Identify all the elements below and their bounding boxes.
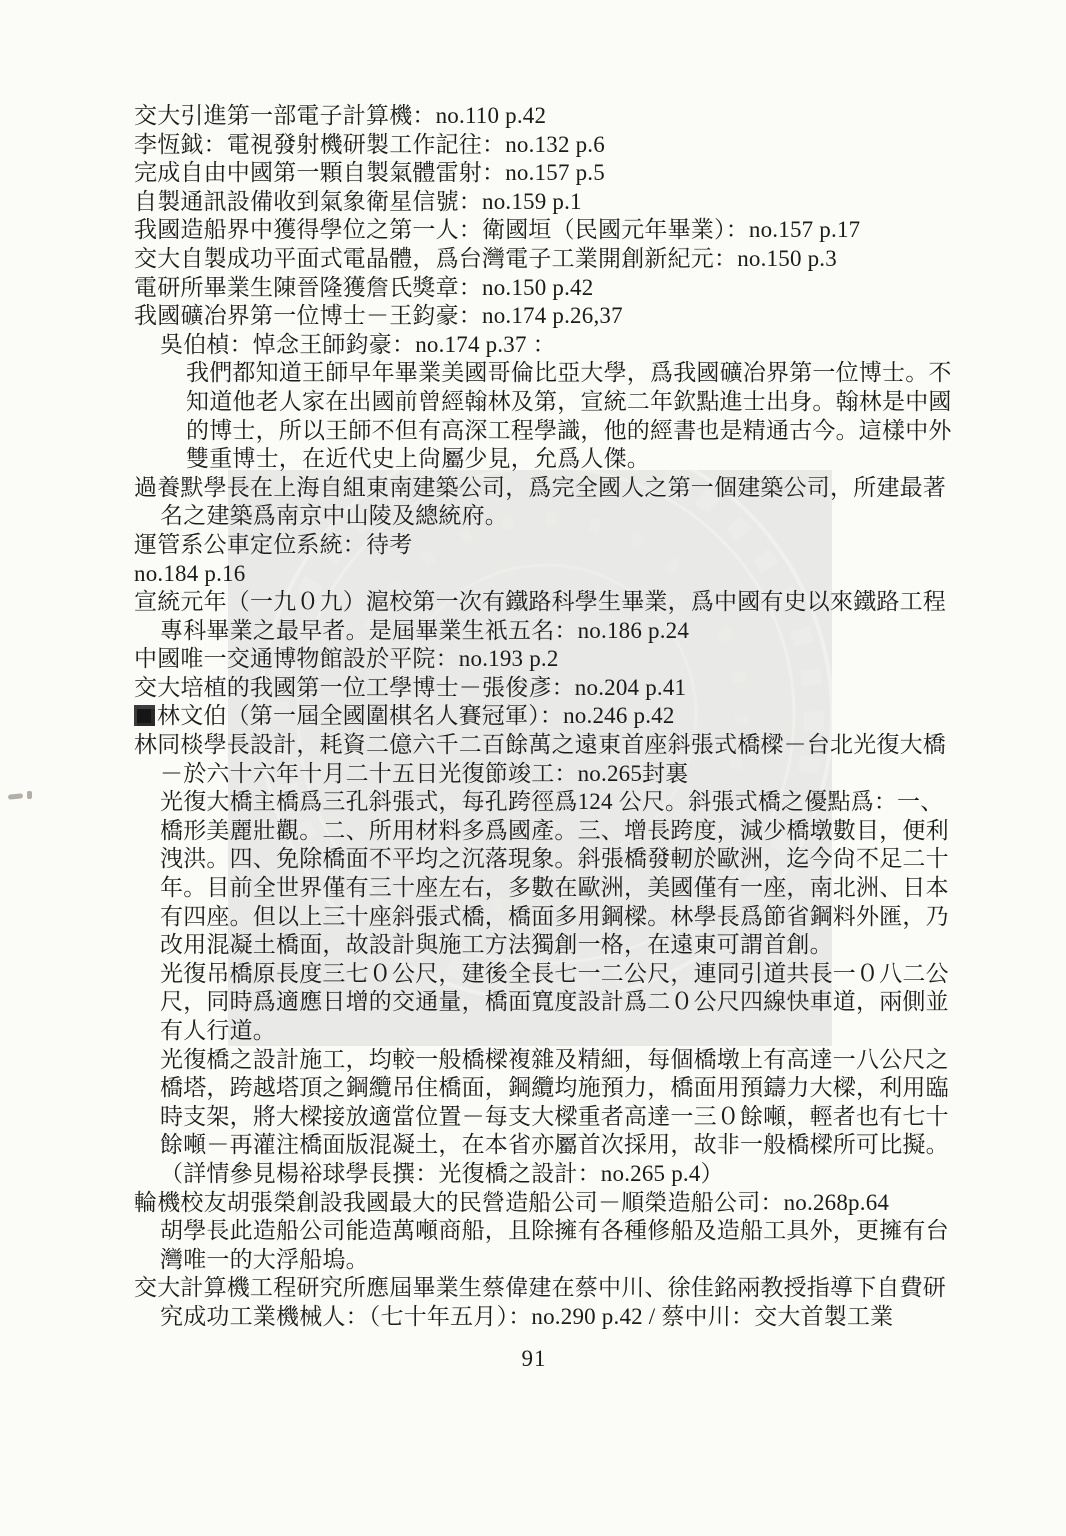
- text-line-content: 林文伯（第一屆全國圍棋名人賽冠軍）：no.246 p.42: [157, 703, 675, 728]
- text-line: 光復吊橋原長度三七０公尺，建後全長七一二公尺，連同引道共長一０八二公: [134, 960, 994, 989]
- text-line-content: 完成自由中國第一顆自製氣體雷射：no.157 p.5: [134, 160, 605, 185]
- text-line-content: （詳情參見楊裕球學長撰：光復橋之設計：no.265 p.4）: [160, 1161, 724, 1186]
- text-line: 林同棪學長設計，耗資二億六千二百餘萬之遠東首座斜張式橋樑－台北光復大橋: [134, 731, 994, 760]
- text-line-content: 林同棪學長設計，耗資二億六千二百餘萬之遠東首座斜張式橋樑－台北光復大橋: [134, 732, 946, 757]
- text-line: 交大自製成功平面式電晶體，爲台灣電子工業開創新紀元：no.150 p.3: [134, 245, 994, 274]
- text-line-content: 運管系公車定位系統：待考: [134, 532, 412, 557]
- text-line-content: 光復大橋主橋爲三孔斜張式，每孔跨徑爲124 公尺。斜張式橋之優點爲：一、: [160, 789, 943, 814]
- text-line-content: 餘噸－再灌注橋面版混凝土，在本省亦屬首次採用，故非一般橋樑所可比擬。: [160, 1132, 949, 1157]
- text-line-content: 洩洪。四、免除橋面不平均之沉落現象。斜張橋發軔於歐洲，迄今尙不足二十: [160, 846, 949, 871]
- text-line: 年。目前全世界僅有三十座左右，多數在歐洲，美國僅有一座，南北洲、日本: [134, 874, 994, 903]
- text-line-content: 交大計算機工程研究所應屆畢業生蔡偉建在蔡中川、徐佳銘兩教授指導下自費研: [134, 1275, 946, 1300]
- text-line: 尺，同時爲適應日增的交通量，橋面寬度設計爲二０公尺四線快車道，兩側並: [134, 988, 994, 1017]
- page-number: 91: [134, 1346, 934, 1372]
- text-line: no.184 p.16: [134, 560, 994, 589]
- text-line-content: no.184 p.16: [134, 561, 245, 586]
- text-line-content: 胡學長此造船公司能造萬噸商船，且除擁有各種修船及造船工具外，更擁有台: [160, 1218, 949, 1243]
- text-line-content: 光復橋之設計施工，均較一般橋樑複雜及精細，每個橋墩上有高達一八公尺之: [160, 1047, 949, 1072]
- text-line: 宣統元年（一九０九）滬校第一次有鐵路科學生畢業，爲中國有史以來鐵路工程: [134, 588, 994, 617]
- document-text: 交大引進第一部電子計算機：no.110 p.42李恆鉞：電視發射機研製工作記往：…: [134, 102, 994, 1332]
- text-line-content: 自製通訊設備收到氣象衛星信號：no.159 p.1: [134, 189, 582, 214]
- text-line: 灣唯一的大浮船塢。: [134, 1246, 994, 1275]
- text-line-content: 過養默學長在上海自組東南建築公司，爲完全國人之第一個建築公司，所建最著: [134, 475, 946, 500]
- text-line-content: 光復吊橋原長度三七０公尺，建後全長七一二公尺，連同引道共長一０八二公: [160, 961, 949, 986]
- text-line: 專科畢業之最早者。是屆畢業生祇五名：no.186 p.24: [134, 617, 994, 646]
- text-line-content: 交大培植的我國第一位工學博士－張俊彥：no.204 p.41: [134, 675, 686, 700]
- text-line: 交大引進第一部電子計算機：no.110 p.42: [134, 102, 994, 131]
- text-line-content: 知道他老人家在出國前曾經翰林及第，宣統二年欽點進士出身。翰林是中國: [186, 389, 952, 414]
- text-line: 餘噸－再灌注橋面版混凝土，在本省亦屬首次採用，故非一般橋樑所可比擬。: [134, 1131, 994, 1160]
- text-line: 時支架，將大樑接放適當位置－每支大樑重者高達一三０餘噸，輕者也有七十: [134, 1103, 994, 1132]
- text-line-content: 我國造船界中獲得學位之第一人：衛國垣（民國元年畢業）：no.157 p.17: [134, 217, 860, 242]
- text-line: 電研所畢業生陳晉隆獲詹氏獎章：no.150 p.42: [134, 274, 994, 303]
- text-line: 交大計算機工程研究所應屆畢業生蔡偉建在蔡中川、徐佳銘兩教授指導下自費研: [134, 1274, 994, 1303]
- text-line-content: 名之建築爲南京中山陵及總統府。: [160, 503, 508, 528]
- text-line: 有人行道。: [134, 1017, 994, 1046]
- text-line: 有四座。但以上三十座斜張式橋，橋面多用鋼樑。林學長爲節省鋼料外匯，乃: [134, 903, 994, 932]
- text-line-content: 究成功工業機械人：（七十年五月）：no.290 p.42 / 蔡中川：交大首製工…: [160, 1304, 893, 1329]
- text-line: 光復大橋主橋爲三孔斜張式，每孔跨徑爲124 公尺。斜張式橋之優點爲：一、: [134, 788, 994, 817]
- text-line-content: 灣唯一的大浮船塢。: [160, 1247, 369, 1272]
- text-line-content: 我國礦冶界第一位博士－王鈞豪：no.174 p.26,37: [134, 303, 623, 328]
- text-line-content: 橋塔，跨越塔頂之鋼纜吊住橋面，鋼纜均施預力，橋面用預鑄力大樑，利用臨: [160, 1075, 949, 1100]
- text-line: 我國造船界中獲得學位之第一人：衛國垣（民國元年畢業）：no.157 p.17: [134, 216, 994, 245]
- text-line-content: 改用混凝土橋面，故設計與施工方法獨創一格，在遠東可謂首創。: [160, 932, 833, 957]
- text-line-content: 雙重博士，在近代史上尙屬少見，允爲人傑。: [186, 446, 650, 471]
- margin-speck: [27, 791, 32, 799]
- text-line: 李恆鉞：電視發射機研製工作記往：no.132 p.6: [134, 131, 994, 160]
- text-line: 橋形美麗壯觀。二、所用材料多爲國產。三、增長跨度，減少橋墩數目，便利: [134, 817, 994, 846]
- text-line-content: 宣統元年（一九０九）滬校第一次有鐵路科學生畢業，爲中國有史以來鐵路工程: [134, 589, 946, 614]
- text-line-content: 輪機校友胡張榮創設我國最大的民營造船公司－順榮造船公司：no.268p.64: [134, 1190, 889, 1215]
- text-line-content: 吳伯楨：悼念王師鈞豪：no.174 p.37 ：: [160, 332, 556, 357]
- text-line-content: 時支架，將大樑接放適當位置－每支大樑重者高達一三０餘噸，輕者也有七十: [160, 1104, 949, 1129]
- text-line-content: 電研所畢業生陳晉隆獲詹氏獎章：no.150 p.42: [134, 275, 593, 300]
- text-line: 名之建築爲南京中山陵及總統府。: [134, 502, 994, 531]
- text-line-content: 的博士，所以王師不但有高深工程學識，他的經書也是精通古今。這樣中外: [186, 418, 952, 443]
- text-line-content: 中國唯一交通博物館設於平院：no.193 p.2: [134, 646, 559, 671]
- text-line: 我們都知道王師早年畢業美國哥倫比亞大學，爲我國礦冶界第一位博士。不: [134, 359, 994, 388]
- text-line: 輪機校友胡張榮創設我國最大的民營造船公司－順榮造船公司：no.268p.64: [134, 1189, 994, 1218]
- text-line: 我國礦冶界第一位博士－王鈞豪：no.174 p.26,37: [134, 302, 994, 331]
- text-line: 的博士，所以王師不但有高深工程學識，他的經書也是精通古今。這樣中外: [134, 417, 994, 446]
- text-line-content: 交大引進第一部電子計算機：no.110 p.42: [134, 103, 546, 128]
- scanned-page: 交大引進第一部電子計算機：no.110 p.42李恆鉞：電視發射機研製工作記往：…: [0, 0, 1066, 1536]
- text-line-content: 專科畢業之最早者。是屆畢業生祇五名：no.186 p.24: [160, 618, 689, 643]
- text-line-content: －於六十六年十月二十五日光復節竣工：no.265封裏: [160, 761, 688, 786]
- text-line: （詳情參見楊裕球學長撰：光復橋之設計：no.265 p.4）: [134, 1160, 994, 1189]
- text-line: 知道他老人家在出國前曾經翰林及第，宣統二年欽點進士出身。翰林是中國: [134, 388, 994, 417]
- text-line-content: 橋形美麗壯觀。二、所用材料多爲國產。三、增長跨度，減少橋墩數目，便利: [160, 818, 949, 843]
- text-line: 洩洪。四、免除橋面不平均之沉落現象。斜張橋發軔於歐洲，迄今尙不足二十: [134, 845, 994, 874]
- text-line: 運管系公車定位系統：待考: [134, 531, 994, 560]
- text-line: 究成功工業機械人：（七十年五月）：no.290 p.42 / 蔡中川：交大首製工…: [134, 1303, 994, 1332]
- text-line: 胡學長此造船公司能造萬噸商船，且除擁有各種修船及造船工具外，更擁有台: [134, 1217, 994, 1246]
- text-line: 吳伯楨：悼念王師鈞豪：no.174 p.37 ：: [134, 331, 994, 360]
- text-line-content: 年。目前全世界僅有三十座左右，多數在歐洲，美國僅有一座，南北洲、日本: [160, 875, 949, 900]
- text-line: 橋塔，跨越塔頂之鋼纜吊住橋面，鋼纜均施預力，橋面用預鑄力大樑，利用臨: [134, 1074, 994, 1103]
- text-line-content: 有人行道。: [160, 1018, 276, 1043]
- text-line-content: 有四座。但以上三十座斜張式橋，橋面多用鋼樑。林學長爲節省鋼料外匯，乃: [160, 904, 949, 929]
- text-line: 雙重博士，在近代史上尙屬少見，允爲人傑。: [134, 445, 994, 474]
- text-line: －於六十六年十月二十五日光復節竣工：no.265封裏: [134, 760, 994, 789]
- text-line-content: 尺，同時爲適應日增的交通量，橋面寬度設計爲二０公尺四線快車道，兩側並: [160, 989, 949, 1014]
- text-line: 林文伯（第一屆全國圍棋名人賽冠軍）：no.246 p.42: [134, 702, 994, 731]
- text-line-content: 李恆鉞：電視發射機研製工作記往：no.132 p.6: [134, 132, 605, 157]
- text-line: 自製通訊設備收到氣象衛星信號：no.159 p.1: [134, 188, 994, 217]
- text-line-content: 我們都知道王師早年畢業美國哥倫比亞大學，爲我國礦冶界第一位博士。不: [186, 360, 952, 385]
- text-line: 光復橋之設計施工，均較一般橋樑複雜及精細，每個橋墩上有高達一八公尺之: [134, 1046, 994, 1075]
- text-line: 過養默學長在上海自組東南建築公司，爲完全國人之第一個建築公司，所建最著: [134, 474, 994, 503]
- text-line: 交大培植的我國第一位工學博士－張俊彥：no.204 p.41: [134, 674, 994, 703]
- text-line: 完成自由中國第一顆自製氣體雷射：no.157 p.5: [134, 159, 994, 188]
- text-line: 改用混凝土橋面，故設計與施工方法獨創一格，在遠東可謂首創。: [134, 931, 994, 960]
- margin-speck: [8, 793, 23, 800]
- text-line: 中國唯一交通博物館設於平院：no.193 p.2: [134, 645, 994, 674]
- ink-blot-mark: [134, 705, 155, 726]
- text-line-content: 交大自製成功平面式電晶體，爲台灣電子工業開創新紀元：no.150 p.3: [134, 246, 837, 271]
